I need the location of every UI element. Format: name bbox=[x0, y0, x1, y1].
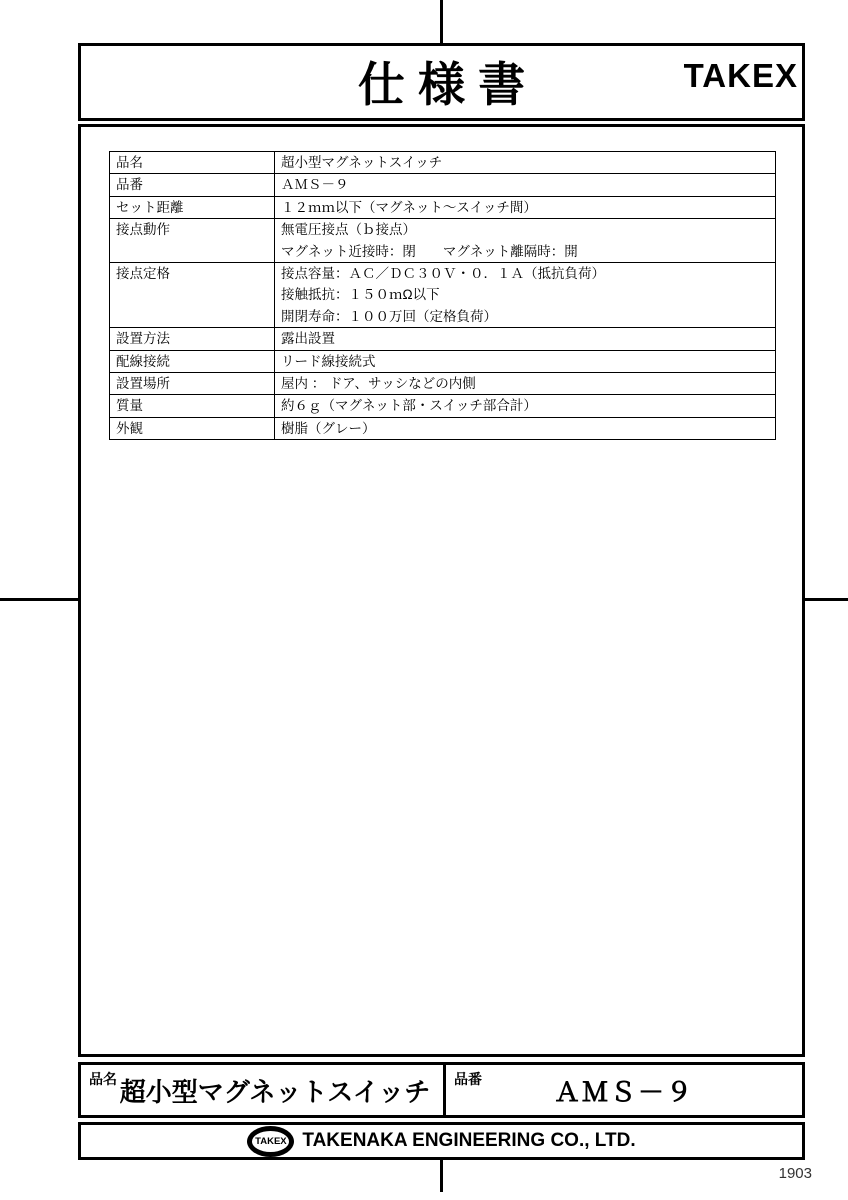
header-section: 仕様書 TAKEX bbox=[78, 43, 805, 121]
spec-label: 外観 bbox=[110, 417, 275, 439]
spec-value-line: 露出設置 bbox=[281, 328, 769, 349]
spec-label: 設置場所 bbox=[110, 372, 275, 394]
spec-value-line: マグネット近接時：閉 マグネット離隔時：開 bbox=[281, 241, 769, 262]
spec-value-line: リード線接続式 bbox=[281, 351, 769, 372]
spec-value: 屋内 ： ドア、サッシなどの内側 bbox=[275, 372, 776, 394]
spec-label: 品番 bbox=[110, 174, 275, 196]
table-row: 品名超小型マグネットスイッチ bbox=[110, 152, 776, 174]
table-row: 接点動作無電圧接点（ｂ接点）マグネット近接時：閉 マグネット離隔時：開 bbox=[110, 219, 776, 263]
spec-label: 質量 bbox=[110, 395, 275, 417]
title-block-row: 品名 超小型マグネットスイッチ 品番 ＡＭＳ－９ bbox=[78, 1062, 805, 1118]
spec-value-line: 接触抵抗：１５０ｍΩ以下 bbox=[281, 284, 769, 305]
title-block-model-cell: 品番 ＡＭＳ－９ bbox=[446, 1065, 802, 1115]
page-number: 1903 bbox=[779, 1165, 812, 1182]
spec-label: 配線接続 bbox=[110, 350, 275, 372]
spec-value: ＡＭＳ－９ bbox=[275, 174, 776, 196]
page-frame: 仕様書 TAKEX 品名超小型マグネットスイッチ品番ＡＭＳ－９セット距離１２ｍｍ… bbox=[78, 43, 805, 1160]
body-section: 品名超小型マグネットスイッチ品番ＡＭＳ－９セット距離１２ｍｍ以下（マグネット～ス… bbox=[78, 124, 805, 1057]
spec-value-line: 屋内 ： ドア、サッシなどの内側 bbox=[281, 373, 769, 394]
spec-value: 超小型マグネットスイッチ bbox=[275, 152, 776, 174]
table-row: 質量約６ｇ（マグネット部・スイッチ部合計） bbox=[110, 395, 776, 417]
spec-value-line: 無電圧接点（ｂ接点） bbox=[281, 219, 769, 240]
spec-value-line: 接点容量：ＡＣ／ＤＣ３０Ｖ・０．１Ａ（抵抗負荷） bbox=[281, 263, 769, 284]
spec-value: 約６ｇ（マグネット部・スイッチ部合計） bbox=[275, 395, 776, 417]
spec-value: 無電圧接点（ｂ接点）マグネット近接時：閉 マグネット離隔時：開 bbox=[275, 219, 776, 263]
crop-mark-bottom bbox=[440, 1160, 443, 1192]
model-value: ＡＭＳ－９ bbox=[446, 1065, 802, 1117]
spec-label: 接点動作 bbox=[110, 219, 275, 263]
spec-value: １２ｍｍ以下（マグネット～スイッチ間） bbox=[275, 196, 776, 218]
spec-label: 品名 bbox=[110, 152, 275, 174]
title-block-product-cell: 品名 超小型マグネットスイッチ bbox=[81, 1065, 446, 1115]
spec-value-line: １２ｍｍ以下（マグネット～スイッチ間） bbox=[281, 197, 769, 218]
company-name: TAKENAKA ENGINEERING CO., LTD. bbox=[302, 1130, 635, 1152]
spec-value-line: 樹脂（グレー） bbox=[281, 418, 769, 439]
product-name-value: 超小型マグネットスイッチ bbox=[81, 1065, 443, 1117]
takex-brand-logo: TAKEX bbox=[684, 57, 798, 95]
product-name-label: 品名 bbox=[89, 1069, 117, 1089]
spec-value: 露出設置 bbox=[275, 328, 776, 350]
spec-label: セット距離 bbox=[110, 196, 275, 218]
table-row: 設置場所屋内 ： ドア、サッシなどの内側 bbox=[110, 372, 776, 394]
spec-value-line: ＡＭＳ－９ bbox=[281, 174, 769, 195]
page-title: 仕様書 bbox=[345, 57, 539, 108]
document-page: 仕様書 TAKEX 品名超小型マグネットスイッチ品番ＡＭＳ－９セット距離１２ｍｍ… bbox=[0, 0, 848, 1200]
takex-circle-logo-text: TAKEX bbox=[255, 1136, 287, 1147]
table-row: 外観樹脂（グレー） bbox=[110, 417, 776, 439]
table-row: 設置方法露出設置 bbox=[110, 328, 776, 350]
crop-mark-left bbox=[0, 598, 79, 601]
crop-mark-right bbox=[804, 598, 848, 601]
spec-value-line: 超小型マグネットスイッチ bbox=[281, 152, 769, 173]
crop-mark-top bbox=[440, 0, 443, 44]
spec-value: 樹脂（グレー） bbox=[275, 417, 776, 439]
spec-table: 品名超小型マグネットスイッチ品番ＡＭＳ－９セット距離１２ｍｍ以下（マグネット～ス… bbox=[109, 151, 776, 440]
company-row: TAKEX TAKENAKA ENGINEERING CO., LTD. bbox=[78, 1122, 805, 1160]
table-row: 配線接続リード線接続式 bbox=[110, 350, 776, 372]
takex-circle-logo-icon: TAKEX bbox=[247, 1126, 294, 1157]
spec-value: 接点容量：ＡＣ／ＤＣ３０Ｖ・０．１Ａ（抵抗負荷）接触抵抗：１５０ｍΩ以下開閉寿命… bbox=[275, 263, 776, 328]
spec-table-body: 品名超小型マグネットスイッチ品番ＡＭＳ－９セット距離１２ｍｍ以下（マグネット～ス… bbox=[110, 152, 776, 440]
spec-value: リード線接続式 bbox=[275, 350, 776, 372]
spec-label: 接点定格 bbox=[110, 263, 275, 328]
table-row: セット距離１２ｍｍ以下（マグネット～スイッチ間） bbox=[110, 196, 776, 218]
table-row: 品番ＡＭＳ－９ bbox=[110, 174, 776, 196]
spec-value-line: 約６ｇ（マグネット部・スイッチ部合計） bbox=[281, 395, 769, 416]
model-label: 品番 bbox=[454, 1069, 482, 1089]
spec-label: 設置方法 bbox=[110, 328, 275, 350]
spec-value-line: 開閉寿命：１００万回（定格負荷） bbox=[281, 306, 769, 327]
table-row: 接点定格接点容量：ＡＣ／ＤＣ３０Ｖ・０．１Ａ（抵抗負荷）接触抵抗：１５０ｍΩ以下… bbox=[110, 263, 776, 328]
